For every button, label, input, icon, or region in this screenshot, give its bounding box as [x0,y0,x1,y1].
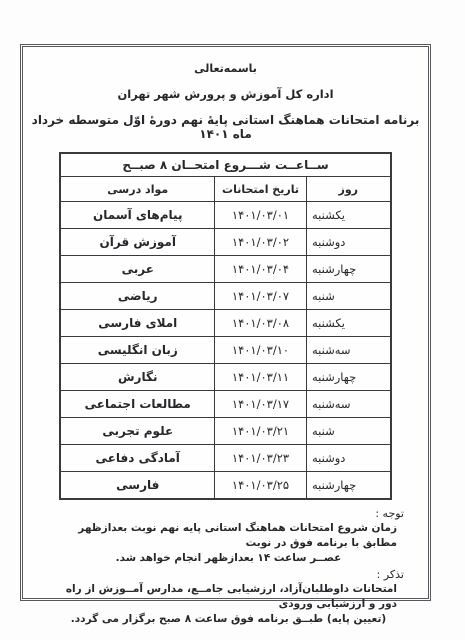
day-cell: دوشنبه [307,445,391,472]
date-cell: ۱۴۰۱/۰۳/۱۱ [215,364,307,391]
day-cell: سه‌شنبه [307,391,391,418]
table-header-row: روز تاریخ امتحانات مواد درسی [60,177,390,202]
subject-cell: ریاضی [60,283,214,310]
subject-cell: فارسی [60,472,214,499]
date-cell: ۱۴۰۱/۰۳/۰۱ [215,202,307,229]
table-row: دوشنبه ۱۴۰۱/۰۳/۲۳ آمادگی دفاعی [60,445,390,472]
attention-note-line2: عصــر ساعت ۱۴ بعدازظهر انجام خواهد شد. [53,551,404,566]
subject-cell: پیام‌های آسمان [60,202,214,229]
subject-cell: نگارش [60,364,214,391]
table-row: یکشنبه ۱۴۰۱/۰۳/۰۸ املای فارسی [60,310,390,337]
date-cell: ۱۴۰۱/۰۳/۱۷ [215,391,307,418]
date-cell: ۱۴۰۱/۰۳/۰۲ [215,229,307,256]
table-row: چهارشنبه ۱۴۰۱/۰۳/۱۱ نگارش [60,364,390,391]
organization-title: اداره کل آموزش و پرورش شهر تهران [23,87,428,101]
subject-cell: آموزش قرآن [60,229,214,256]
subject-cell: عربی [60,256,214,283]
subject-column-header: مواد درسی [60,177,214,202]
exam-schedule-table: ســاعــت شـــروع امتحــان ۸ صبــح روز تا… [59,152,391,500]
reminder-note-line2: (تعیین پایه) طبــق برنامه فوق ساعت ۸ صبح… [53,612,404,627]
subject-cell: املای فارسی [60,310,214,337]
table-caption-row: ســاعــت شـــروع امتحــان ۸ صبــح [60,153,390,177]
reminder-label: تذکر : [53,568,404,582]
date-cell: ۱۴۰۱/۰۳/۰۴ [215,256,307,283]
attention-note-line1: زمان شروع امتحانات هماهنگ استانی پایه نه… [53,521,404,551]
subject-cell: زبان انگلیسی [60,337,214,364]
subject-cell: علوم تجربی [60,418,214,445]
day-cell: شنبه [307,283,391,310]
table-row: یکشنبه ۱۴۰۱/۰۳/۰۱ پیام‌های آسمان [60,202,390,229]
reminder-note-line1: امتحانات داوطلبان‌آزاد، ارزشیابی جامــع،… [53,582,404,612]
day-cell: چهارشنبه [307,256,391,283]
table-row: شنبه ۱۴۰۱/۰۳/۲۱ علوم تجربی [60,418,390,445]
table-caption: ســاعــت شـــروع امتحــان ۸ صبــح [60,153,390,177]
table-row: سه‌شنبه ۱۴۰۱/۰۳/۱۷ مطالعات اجتماعی [60,391,390,418]
attention-label: توجه : [53,507,404,521]
date-cell: ۱۴۰۱/۰۳/۲۵ [215,472,307,499]
document-page-frame: باسمه‌تعالی اداره کل آموزش و پرورش شهر ت… [20,44,431,601]
date-cell: ۱۴۰۱/۰۳/۱۰ [215,337,307,364]
subject-cell: مطالعات اجتماعی [60,391,214,418]
date-cell: ۱۴۰۱/۰۳/۲۳ [215,445,307,472]
day-cell: یکشنبه [307,202,391,229]
day-cell: چهارشنبه [307,472,391,499]
table-row: چهارشنبه ۱۴۰۱/۰۳/۰۴ عربی [60,256,390,283]
exam-schedule-title: برنامه امتحانات هماهنگ استانی پایهٔ نهم … [23,113,428,141]
day-cell: شنبه [307,418,391,445]
table-row: دوشنبه ۱۴۰۱/۰۳/۰۲ آموزش قرآن [60,229,390,256]
day-cell: دوشنبه [307,229,391,256]
table-row: شنبه ۱۴۰۱/۰۳/۰۷ ریاضی [60,283,390,310]
bismillah-text: باسمه‌تعالی [23,62,428,75]
footnotes-section: توجه : زمان شروع امتحانات هماهنگ استانی … [53,507,404,627]
subject-cell: آمادگی دفاعی [60,445,214,472]
date-cell: ۱۴۰۱/۰۳/۲۱ [215,418,307,445]
table-row: سه‌شنبه ۱۴۰۱/۰۳/۱۰ زبان انگلیسی [60,337,390,364]
date-column-header: تاریخ امتحانات [215,177,307,202]
table-row: چهارشنبه ۱۴۰۱/۰۳/۲۵ فارسی [60,472,390,499]
date-cell: ۱۴۰۱/۰۳/۰۸ [215,310,307,337]
day-cell: سه‌شنبه [307,337,391,364]
day-column-header: روز [307,177,391,202]
day-cell: یکشنبه [307,310,391,337]
day-cell: چهارشنبه [307,364,391,391]
date-cell: ۱۴۰۱/۰۳/۰۷ [215,283,307,310]
